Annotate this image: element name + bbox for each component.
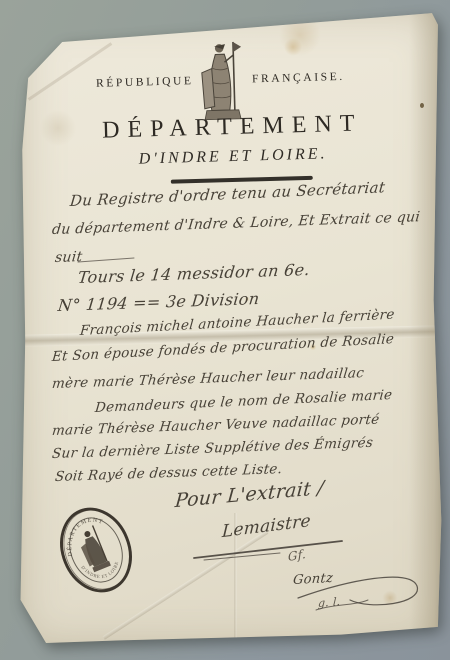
liberty-figure-icon	[195, 37, 251, 124]
republique-label: RÉPUBLIQUE	[96, 75, 194, 90]
manuscript-number-line: N° 1194 == 3e Division	[57, 289, 260, 315]
paper-edge-shadow	[409, 8, 443, 650]
department-title: DÉPARTEMENT	[77, 110, 388, 146]
document-sheet-wrap: RÉPUBLIQUE FRANÇAISE. DÉPARTEMENT D'INDR…	[18, 8, 443, 650]
signature-initials: Gf.	[288, 547, 307, 564]
manuscript-line-11: Sur la dernière Liste Supplétive des Émi…	[51, 435, 374, 462]
signature-secondary-note: g. l.	[318, 595, 341, 610]
pour-extrait-line: Pour L'extrait /	[174, 477, 325, 512]
manuscript-dateline: Tours le 14 messidor an 6e.	[77, 260, 311, 287]
signature-secondary: Gontz	[292, 571, 333, 588]
photo-background: RÉPUBLIQUE FRANÇAISE. DÉPARTEMENT D'INDR…	[0, 0, 450, 660]
document-paper: RÉPUBLIQUE FRANÇAISE. DÉPARTEMENT D'INDR…	[18, 8, 443, 650]
department-subtitle: D'INDRE ET LOIRE.	[78, 144, 388, 171]
signature-strike-flourish	[194, 541, 342, 558]
department-seal-stamp: DÉPARTEMENT D'INDRE ET LOIRE	[39, 490, 153, 610]
manuscript-line-12: Soit Rayé de dessus cette Liste.	[54, 461, 283, 485]
ink-speck	[420, 103, 424, 108]
manuscript-line-1: Du Registre d'ordre tenu au Secrétariat	[69, 178, 386, 210]
signature-primary: Lemaistre	[221, 511, 311, 542]
printed-header: RÉPUBLIQUE FRANÇAISE. DÉPARTEMENT D'INDR…	[18, 2, 443, 14]
manuscript-line-3: suit	[54, 249, 83, 266]
suit-underline-flourish	[78, 258, 134, 262]
signature-strike-flourish-2	[204, 553, 280, 560]
stamp-figure-icon	[75, 525, 111, 574]
francaise-label: FRANÇAISE.	[252, 71, 345, 86]
fold-crease-top-left	[28, 42, 113, 100]
manuscript-line-8: mère marie Thérèse Haucher leur nadailla…	[51, 365, 365, 392]
manuscript-line-2: du département d'Indre & Loire, Et Extra…	[51, 209, 421, 238]
